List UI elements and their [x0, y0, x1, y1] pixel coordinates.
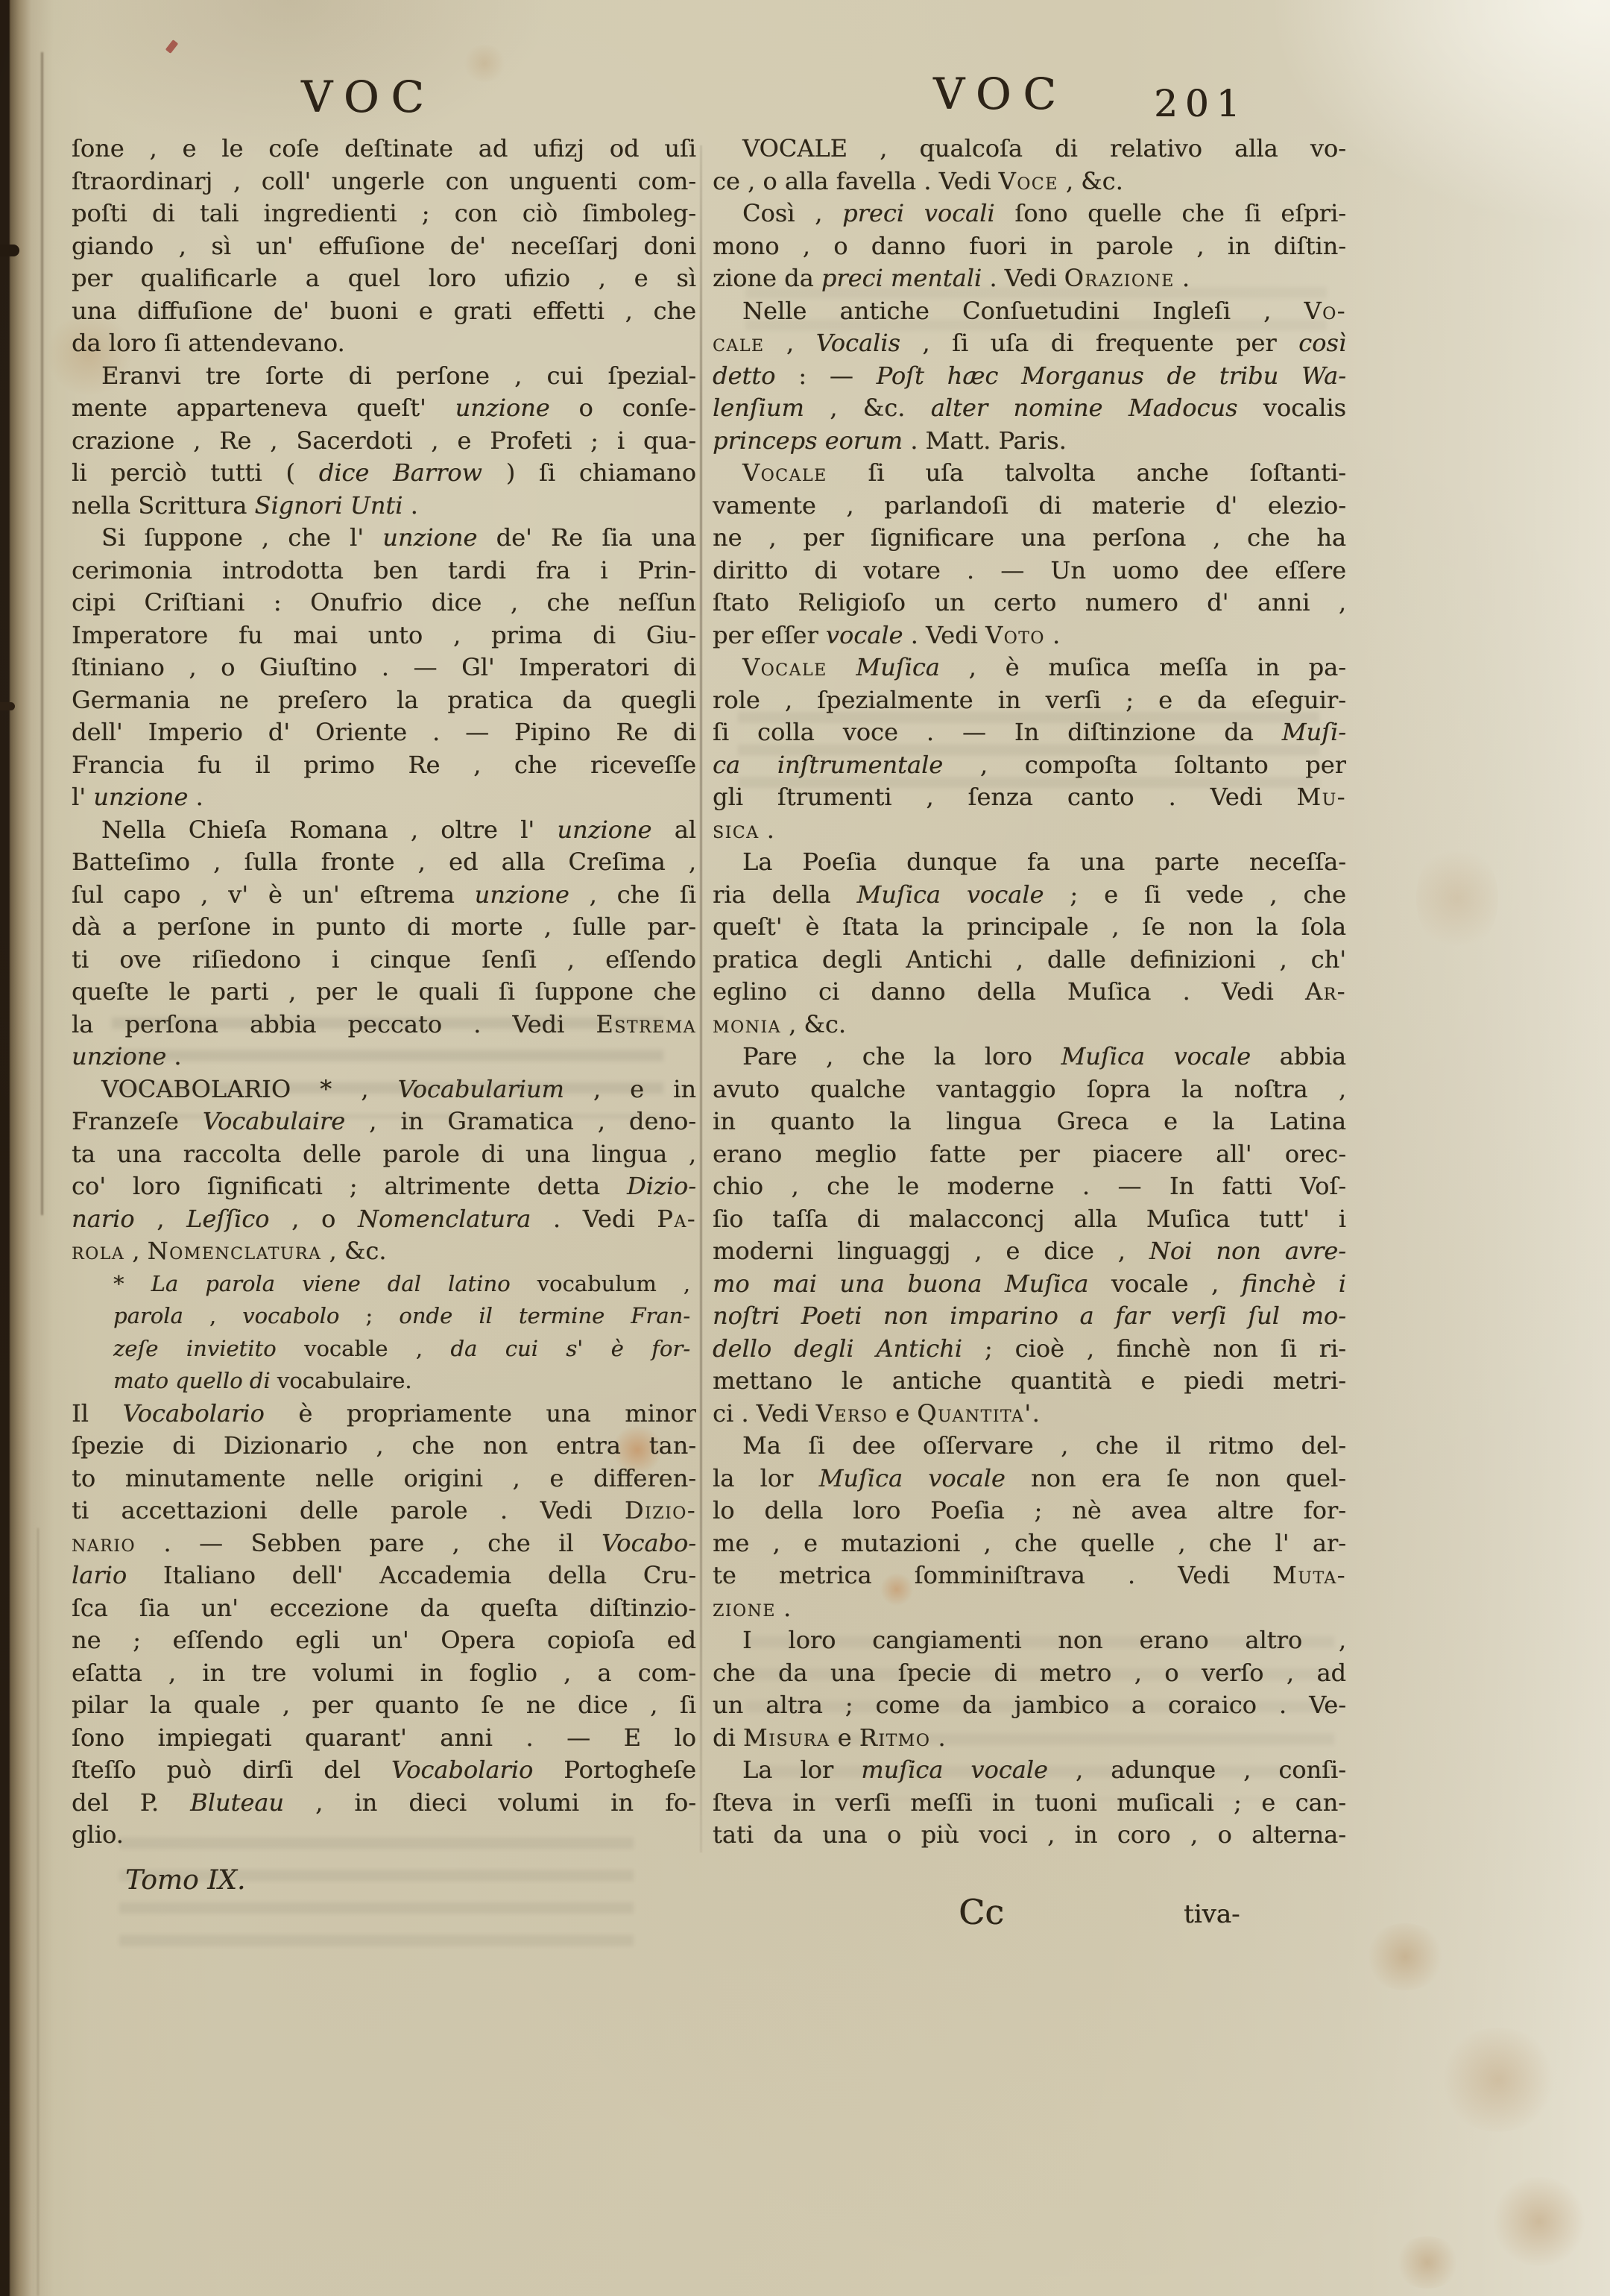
text-line: Vocale Muſica , è muſica meſſa in pa- — [713, 652, 1346, 684]
text-segment: * — [113, 1271, 151, 1296]
text-segment: pilar la quale , per quanto ſe ne dice ,… — [72, 1691, 696, 1719]
text-segment: lo della loro Poeſia ; nè avea altre for… — [713, 1496, 1346, 1524]
text-segment: unzione — [93, 783, 188, 811]
text-segment: , compoſta ſoltanto per — [943, 751, 1346, 779]
text-line: * La parola viene dal latino vocabulum , — [72, 1268, 696, 1301]
text-segment: . Vedi — [531, 1205, 657, 1233]
text-segment: unzione — [557, 816, 651, 844]
text-segment: ne ; eſſendo egli un' Opera copioſa ed — [72, 1626, 696, 1654]
text-line: ne ; eſſendo egli un' Opera copioſa ed — [72, 1624, 696, 1657]
binding-edge-mark — [0, 245, 19, 256]
text-segment: . — [166, 1042, 181, 1070]
text-line: cale , Vocalis , ſi uſa di frequente per… — [713, 327, 1346, 360]
text-segment: da cui s' è for- — [450, 1336, 690, 1361]
text-line: me , e mutazioni , che quelle , che l' a… — [713, 1527, 1346, 1560]
text-segment: o conſe- — [550, 394, 696, 422]
text-segment: ſpezie di Dizionario , che non entra tan… — [72, 1431, 696, 1460]
text-segment: . — Sebben pare , che il — [136, 1529, 602, 1557]
text-segment: zeſe invietito — [113, 1336, 277, 1361]
text-segment: co' loro ſignificati ; altrimente detta — [72, 1172, 627, 1200]
text-segment: Signori Unti — [255, 491, 403, 520]
text-segment: Muſica vocale — [819, 1464, 1006, 1492]
text-segment: cipi Criſtiani : Onufrio dice , che neſſ… — [72, 588, 696, 616]
text-segment: Ar- — [1305, 977, 1346, 1006]
text-segment: , è muſica meſſa in pa- — [940, 653, 1346, 681]
text-segment: detto — [713, 362, 775, 390]
text-segment: zione da — [713, 264, 821, 292]
running-header-left: VOC — [301, 72, 436, 122]
text-segment: , in dieci volumi in fo- — [284, 1788, 696, 1817]
text-segment: ſteſſo può dirſi del — [72, 1756, 391, 1784]
text-segment: diritto di votare . — Un uomo dee eſſere — [713, 556, 1346, 584]
text-segment: li perciò tutti ( — [72, 458, 319, 487]
text-segment: unzione — [72, 1042, 166, 1070]
tomo-volume-line: Tomo IX. — [125, 1865, 245, 1896]
foxing-stain — [1394, 2236, 1461, 2289]
text-segment: Bluteau — [190, 1788, 284, 1817]
text-line: crazione , Re , Sacerdoti , e Profeti ; … — [72, 425, 696, 458]
text-segment: Nomenclatura — [358, 1205, 531, 1233]
text-line: I loro cangiamenti non erano altro , — [713, 1624, 1346, 1657]
text-segment: , — [764, 329, 815, 357]
text-segment: chio , che le moderne . — In fatti Voſ- — [713, 1172, 1346, 1200]
text-segment: di — [713, 1723, 743, 1752]
text-line: Eranvi tre ſorte di perſone , cui ſpezia… — [72, 360, 696, 393]
text-segment: da loro ſi attendevano. — [72, 329, 345, 357]
text-segment: VOCALE , qualcoſa di relativo alla vo- — [742, 134, 1346, 163]
text-line: ti ove riſiedono i cinque ſenſi , eſſend… — [72, 944, 696, 977]
text-line: co' loro ſignificati ; altrimente detta … — [72, 1170, 696, 1203]
text-line: ſio taſſa di malacconcj alla Muſica tutt… — [713, 1203, 1346, 1236]
text-segment: mettano le antiche quantità e piedi metr… — [713, 1366, 1346, 1395]
text-line: Franzeſe Vocabulaire , in Gramatica , de… — [72, 1106, 696, 1138]
text-segment: cerimonia introdotta ben tardi fra i Pri… — [72, 556, 696, 584]
text-line: dello degli Antichi ; cioè , finchè non … — [713, 1333, 1346, 1366]
text-segment: giando , sì un' effuſione de' neceſſarj … — [72, 232, 696, 260]
text-line: Vocale ſi uſa talvolta anche ſoſtanti- — [713, 457, 1346, 490]
text-segment: moderni linguaggj , e dice , — [713, 1237, 1149, 1265]
text-segment: ſone , e le coſe deſtinate ad ufizj od u… — [72, 134, 696, 163]
text-segment: ſtraordinarj , coll' ungerle con unguent… — [72, 167, 696, 195]
text-segment: , che ſi — [569, 880, 696, 909]
text-segment: muſica vocale — [861, 1756, 1048, 1784]
text-segment: Vo- — [1304, 297, 1346, 325]
text-line: ria della Muſica vocale ; e ſi vede , ch… — [713, 879, 1346, 912]
text-segment: , — [124, 1237, 148, 1265]
text-segment: ſono impiegati quarant' anni . — E lo — [72, 1723, 696, 1752]
text-segment: : — — [775, 362, 876, 390]
text-segment: non era ſe non quel- — [1006, 1464, 1346, 1492]
text-segment: Vocabularium — [397, 1075, 563, 1103]
text-segment: ; — [339, 1303, 399, 1328]
text-segment: Vocale — [742, 458, 827, 487]
red-ink-speck — [165, 40, 179, 54]
text-line: Nella Chieſa Romana , oltre l' unzione a… — [72, 814, 696, 847]
text-line: VOCABOLARIO * , Vocabularium , e in — [72, 1073, 696, 1106]
text-segment: la perſona abbia peccato . Vedi — [72, 1010, 596, 1038]
text-segment: onde il termine Fran- — [399, 1303, 690, 1328]
page-number: 201 — [1154, 82, 1247, 125]
foxing-stain — [462, 45, 507, 82]
text-segment: che da una ſpecie di metro , o verſo , a… — [713, 1659, 1346, 1687]
text-segment: eglino ci danno della Muſica . Vedi — [713, 977, 1305, 1006]
text-line: ſono impiegati quarant' anni . — E lo — [72, 1722, 696, 1755]
text-line: mato quello di vocabulaire. — [72, 1365, 696, 1398]
text-line: che da una ſpecie di metro , o verſo , a… — [713, 1657, 1346, 1690]
text-line: per eſſer vocale . Vedi Voto . — [713, 619, 1346, 652]
text-segment: poſti di tali ingredienti ; con ciò ſimb… — [72, 199, 696, 227]
text-segment: ne , per ſignificare una perſona , che h… — [713, 523, 1346, 552]
text-segment: mente apparteneva queſt' — [72, 394, 455, 422]
text-line: dà a perſone in punto di morte , ſulle p… — [72, 911, 696, 944]
text-segment: me , e mutazioni , che quelle , che l' a… — [713, 1529, 1346, 1557]
text-segment: ta una raccolta delle parole di una ling… — [72, 1140, 696, 1168]
text-line: avuto qualche vantaggio ſopra la noſtra … — [713, 1073, 1346, 1106]
text-segment: nario — [72, 1205, 134, 1233]
text-segment: lario — [72, 1561, 127, 1589]
text-line: ne , per ſignificare una perſona , che h… — [713, 522, 1346, 555]
text-segment: Batteſimo , ſulla fronte , ed alla Creſi… — [72, 848, 696, 876]
text-segment: . — [188, 783, 203, 811]
paper-crease-line — [37, 1528, 39, 2296]
text-line: tati da una o più voci , in coro , o alt… — [713, 1819, 1346, 1852]
text-segment: I loro cangiamenti non erano altro , — [742, 1626, 1346, 1654]
text-segment: ſtiniano , o Giuſtino . — Gl' Imperatori… — [72, 653, 696, 681]
text-segment: Muſica vocale — [1061, 1042, 1251, 1070]
text-segment: e — [830, 1723, 859, 1752]
text-line: glio. — [72, 1819, 696, 1852]
text-segment: , in Gramatica , deno- — [345, 1107, 696, 1135]
text-segment: Eranvi tre ſorte di perſone , cui ſpezia… — [101, 362, 696, 390]
text-line: Il Vocabolario è propriamente una minor — [72, 1398, 696, 1431]
text-segment: Muta- — [1272, 1561, 1346, 1589]
text-line: chio , che le moderne . — In fatti Voſ- — [713, 1170, 1346, 1203]
text-segment: Italiano dell' Accademia della Cru- — [127, 1561, 696, 1589]
text-segment: ria della — [713, 880, 856, 909]
text-segment: , &c. — [1058, 167, 1123, 195]
text-line: queſte le parti , per le quali ſi ſuppon… — [72, 976, 696, 1009]
text-segment: ; cioè , finchè non ſi ri- — [962, 1334, 1346, 1363]
text-segment: Verso — [816, 1399, 888, 1428]
text-segment: ſtato Religioſo un certo numero d' anni … — [713, 588, 1346, 616]
text-line: unzione . — [72, 1041, 696, 1073]
text-segment: del P. — [72, 1788, 190, 1817]
text-segment: Misura — [743, 1723, 830, 1752]
text-segment: mo mai una buona Muſica — [713, 1270, 1088, 1298]
text-segment: vocable , — [277, 1336, 451, 1361]
text-segment: alter nomine Madocus — [931, 394, 1238, 422]
text-segment: Portogheſe — [533, 1756, 696, 1784]
text-segment: preci vocali — [842, 199, 994, 227]
text-segment: vocale , — [1088, 1270, 1241, 1298]
text-segment: ſca ſia un' eccezione da queſta diſtinzi… — [72, 1594, 696, 1622]
text-segment: per qualificarle a quel loro ufizio , e … — [72, 264, 696, 292]
text-line: te metrica ſomminiſtrava . Vedi Muta- — [713, 1559, 1346, 1592]
text-line: mettano le antiche quantità e piedi metr… — [713, 1365, 1346, 1398]
text-line: Imperatore fu mai unto , prima di Giu- — [72, 619, 696, 652]
text-line: la lor Muſica vocale non era ſe non quel… — [713, 1463, 1346, 1495]
text-segment: così — [1298, 329, 1346, 357]
text-segment: , &c. — [781, 1010, 846, 1038]
text-line: lenſium , &c. alter nomine Madocus vocal… — [713, 392, 1346, 425]
text-line: ca inſtrumentale , compoſta ſoltanto per — [713, 749, 1346, 782]
text-segment: Ma ſi dee oſſervare , che il ritmo del- — [742, 1431, 1346, 1460]
text-line: VOCALE , qualcoſa di relativo alla vo- — [713, 133, 1346, 165]
text-segment: . Matt. Paris. — [903, 426, 1067, 455]
text-line: ſtato Religioſo un certo numero d' anni … — [713, 587, 1346, 619]
text-line: pratica degli Antichi , dalle definizion… — [713, 944, 1346, 977]
text-segment: Leſſico — [186, 1205, 269, 1233]
text-line: Batteſimo , ſulla fronte , ed alla Creſi… — [72, 846, 696, 879]
text-line: da loro ſi attendevano. — [72, 327, 696, 360]
text-line: lario Italiano dell' Accademia della Cru… — [72, 1559, 696, 1592]
text-segment: abbia — [1251, 1042, 1346, 1070]
text-segment: nella Scrittura — [72, 491, 255, 520]
text-segment: , — [183, 1303, 242, 1328]
text-segment: ) ſi chiamano — [482, 458, 696, 487]
text-line: detto : — Poſt hæc Morganus de tribu Wa- — [713, 360, 1346, 393]
text-segment: queſt' è ſtata la principale , ſe non la… — [713, 912, 1346, 941]
text-segment: e — [888, 1399, 917, 1428]
text-segment: è propriamente una minor — [265, 1399, 696, 1428]
text-line: zione da preci mentali . Vedi Orazione . — [713, 262, 1346, 295]
binding-edge-mark — [0, 702, 15, 710]
text-line: Francia fu il primo Re , che riceveſſe — [72, 749, 696, 782]
text-segment: dell' Imperio d' Oriente . — Pipino Re d… — [72, 718, 696, 746]
text-segment: glio. — [72, 1820, 124, 1849]
text-segment: unzione — [475, 880, 569, 909]
text-segment: un altra ; come da jambico a coraico . V… — [713, 1691, 1346, 1719]
text-line: moderni linguaggj , e dice , Noi non avr… — [713, 1235, 1346, 1268]
text-segment: sica — [713, 816, 759, 844]
text-segment: Voce — [999, 167, 1058, 195]
text-segment: ſono quelle che ſi eſpri- — [995, 199, 1346, 227]
text-segment: ce , o alla favella . Vedi — [713, 167, 999, 195]
text-segment: Francia fu il primo Re , che riceveſſe — [72, 751, 696, 779]
text-segment: te metrica ſomminiſtrava . Vedi — [713, 1561, 1272, 1589]
text-segment: Vocalis — [816, 329, 900, 357]
text-line: giando , sì un' effuſione de' neceſſarj … — [72, 230, 696, 263]
ink-bleedthrough — [119, 1838, 634, 1957]
text-line: ſone , e le coſe deſtinate ad ufizj od u… — [72, 133, 696, 165]
foxing-stain — [1439, 2028, 1558, 2132]
text-segment: Vocabolario — [122, 1399, 264, 1428]
text-line: ſteſſo può dirſi del Vocabolario Portogh… — [72, 1754, 696, 1787]
text-segment: Pare , che la loro — [742, 1042, 1061, 1070]
column-gutter-rule — [700, 145, 702, 1852]
foxing-stain — [1364, 1923, 1446, 1990]
text-segment: . — [1175, 264, 1190, 292]
text-line: li perciò tutti ( dice Barrow ) ſi chiam… — [72, 457, 696, 490]
text-segment: dello degli Antichi — [713, 1334, 962, 1363]
text-segment: ſio taſſa di malacconcj alla Muſica tutt… — [713, 1205, 1346, 1233]
text-line: to minutamente nelle origini , e differe… — [72, 1463, 696, 1495]
text-segment: Muſi- — [1282, 718, 1346, 746]
text-segment: unzione — [455, 394, 550, 422]
text-segment: pratica degli Antichi , dalle definizion… — [713, 945, 1346, 974]
foxing-stain — [1491, 2177, 1588, 2266]
text-line: ſtraordinarj , coll' ungerle con unguent… — [72, 165, 696, 198]
text-line: mo mai una buona Muſica vocale , finchè … — [713, 1268, 1346, 1301]
text-segment: queſte le parti , per le quali ſi ſuppon… — [72, 977, 696, 1006]
signature-mark: Cc — [959, 1892, 1004, 1932]
foxing-stain — [1416, 842, 1498, 954]
text-segment: vocalis — [1237, 394, 1346, 422]
text-segment: princeps eorum — [713, 426, 903, 455]
text-segment: role , ſpezialmente in verſi ; e da eſeg… — [713, 686, 1346, 714]
text-segment: nario — [72, 1529, 136, 1557]
text-segment: VOCABOLARIO * , — [101, 1075, 397, 1103]
text-line: zeſe invietito vocable , da cui s' è for… — [72, 1333, 696, 1366]
text-segment: tati da una o più voci , in coro , o alt… — [713, 1820, 1346, 1849]
text-line: role , ſpezialmente in verſi ; e da eſeg… — [713, 684, 1346, 717]
text-segment: Muſica — [856, 653, 939, 681]
text-line: per qualificarle a quel loro ufizio , e … — [72, 262, 696, 295]
right-text-column: VOCALE , qualcoſa di relativo alla vo-ce… — [713, 133, 1346, 1852]
text-segment: ca inſtrumentale — [713, 751, 943, 779]
text-line: nario . — Sebben pare , che il Vocabo- — [72, 1527, 696, 1560]
text-line: di Misura e Ritmo . — [713, 1722, 1346, 1755]
text-segment: ti accettazioni delle parole . Vedi — [72, 1496, 625, 1524]
text-segment: Muſica vocale — [856, 880, 1044, 909]
text-segment: Quantita' — [917, 1399, 1032, 1428]
text-line: parola , vocabolo ; onde il termine Fran… — [72, 1300, 696, 1333]
text-line: gli ſtrumenti , ſenza canto . Vedi Mu- — [713, 781, 1346, 814]
text-segment: , — [134, 1205, 186, 1233]
text-segment: ci . Vedi — [713, 1399, 816, 1428]
text-segment: vocale — [826, 621, 903, 649]
text-line: monia , &c. — [713, 1009, 1346, 1041]
text-segment: La lor — [742, 1756, 861, 1784]
text-segment: , adunque , conſi- — [1048, 1756, 1346, 1784]
text-line: ſpezie di Dizionario , che non entra tan… — [72, 1430, 696, 1463]
text-segment: Vocabulaire — [203, 1107, 345, 1135]
text-line: ſi colla voce . — In diſtinzione da Muſi… — [713, 716, 1346, 749]
text-segment: . — [1032, 1399, 1040, 1428]
text-segment: vocabolo — [242, 1303, 339, 1328]
text-segment: Nella Chieſa Romana , oltre l' — [101, 816, 557, 844]
text-segment: . — [930, 1723, 945, 1752]
text-segment: una diffuſione de' buoni e grati effetti… — [72, 297, 696, 325]
text-segment: ſul capo , v' è un' eſtrema — [72, 880, 475, 909]
text-segment: . Vedi — [982, 264, 1064, 292]
text-segment: . — [776, 1594, 791, 1622]
text-segment: vocabulaire. — [271, 1368, 412, 1393]
text-segment: per eſſer — [713, 621, 826, 649]
book-page-scan: VOC VOC 201 ſone , e le coſe deſtinate a… — [0, 0, 1610, 2296]
text-line: zione . — [713, 1592, 1346, 1625]
text-segment: Poſt hæc Morganus de tribu Wa- — [877, 362, 1346, 390]
text-segment: avuto qualche vantaggio ſopra la noſtra … — [713, 1075, 1346, 1103]
text-segment: . — [402, 491, 417, 520]
text-line: rola , Nomenclatura , &c. — [72, 1235, 696, 1268]
left-text-column: ſone , e le coſe deſtinate ad ufizj od u… — [72, 133, 696, 1852]
text-segment: . — [1045, 621, 1060, 649]
text-segment: cale — [713, 329, 764, 357]
text-segment: rola — [72, 1237, 124, 1265]
text-line: eſatta , in tre volumi in foglio , a com… — [72, 1657, 696, 1690]
text-line: mente apparteneva queſt' unzione o conſe… — [72, 392, 696, 425]
text-segment: preci mentali — [821, 264, 982, 292]
text-segment: in quanto la lingua Greca e la Latina — [713, 1107, 1346, 1135]
text-segment: Germania ne preſero la pratica da quegli — [72, 686, 696, 714]
text-segment: Il — [72, 1399, 122, 1428]
text-line: queſt' è ſtata la principale , ſe non la… — [713, 911, 1346, 944]
text-line: La Poeſia dunque fa una parte neceſſa- — [713, 846, 1346, 879]
text-segment: Estrema — [596, 1010, 696, 1038]
text-line: Così , preci vocali ſono quelle che ſi e… — [713, 198, 1346, 230]
text-segment: la lor — [713, 1464, 819, 1492]
text-segment: Franzeſe — [72, 1107, 203, 1135]
text-segment: , ſi uſa di frequente per — [900, 329, 1298, 357]
text-segment: La Poeſia dunque fa una parte neceſſa- — [742, 848, 1346, 876]
text-line: ſca ſia un' eccezione da queſta diſtinzi… — [72, 1592, 696, 1625]
text-line: ce , o alla favella . Vedi Voce , &c. — [713, 165, 1346, 198]
text-segment: Mu- — [1296, 783, 1346, 811]
text-line: dell' Imperio d' Oriente . — Pipino Re d… — [72, 716, 696, 749]
catchword: tiva- — [1184, 1899, 1240, 1929]
text-segment — [827, 653, 856, 681]
text-segment: Voto — [985, 621, 1045, 649]
text-line: diritto di votare . — Un uomo dee eſſere — [713, 555, 1346, 587]
text-segment: ; e ſi vede , che — [1044, 880, 1346, 909]
text-segment: eſatta , in tre volumi in foglio , a com… — [72, 1659, 696, 1687]
text-segment: gli ſtrumenti , ſenza canto . Vedi — [713, 783, 1296, 811]
text-line: poſti di tali ingredienti ; con ciò ſimb… — [72, 198, 696, 230]
text-line: ti accettazioni delle parole . Vedi Dizi… — [72, 1495, 696, 1527]
text-line: ſteva in verſi meſſi in tuoni muſicali ;… — [713, 1787, 1346, 1820]
text-segment: to minutamente nelle origini , e differe… — [72, 1464, 696, 1492]
text-line: erano meglio fatte per piacere all' orec… — [713, 1138, 1346, 1171]
text-line: in quanto la lingua Greca e la Latina — [713, 1106, 1346, 1138]
text-segment: , e in — [564, 1075, 696, 1103]
text-line: cipi Criſtiani : Onufrio dice , che neſſ… — [72, 587, 696, 619]
text-segment: Si ſuppone , che l' — [101, 523, 382, 552]
text-line: Germania ne preſero la pratica da quegli — [72, 684, 696, 717]
text-line: nella Scrittura Signori Unti . — [72, 490, 696, 523]
text-segment: dà a perſone in punto di morte , ſulle p… — [72, 912, 696, 941]
text-segment: Orazione — [1064, 264, 1175, 292]
text-segment: ſi uſa talvolta anche ſoſtanti- — [827, 458, 1346, 487]
text-segment: parola — [113, 1303, 183, 1328]
text-segment: dice Barrow — [319, 458, 482, 487]
text-segment: mono , o danno fuori in parole , in diſt… — [713, 232, 1346, 260]
text-line: un altra ; come da jambico a coraico . V… — [713, 1689, 1346, 1722]
text-segment: Nelle antiche Conſuetudini Ingleſi , — [742, 297, 1304, 325]
text-segment: erano meglio fatte per piacere all' orec… — [713, 1140, 1346, 1168]
text-segment: Dizio- — [625, 1496, 696, 1524]
running-header-right: VOC — [933, 69, 1068, 119]
text-line: La lor muſica vocale , adunque , conſi- — [713, 1754, 1346, 1787]
text-segment: , &c. — [804, 394, 931, 422]
text-line: lo della loro Poeſia ; nè avea altre for… — [713, 1495, 1346, 1527]
text-line: vamente , parlandoſi di materie d' elezi… — [713, 490, 1346, 523]
text-line: la perſona abbia peccato . Vedi Estrema — [72, 1009, 696, 1041]
text-segment: noſtri Poeti non imparino a far verſi ſu… — [713, 1302, 1346, 1330]
text-segment: mato quello di — [113, 1368, 271, 1393]
text-segment: Nomenclatura — [148, 1237, 322, 1265]
text-line: una diffuſione de' buoni e grati effetti… — [72, 295, 696, 328]
text-segment: Così , — [742, 199, 842, 227]
text-line: ci . Vedi Verso e Quantita'. — [713, 1398, 1346, 1431]
text-segment: ſteva in verſi meſſi in tuoni muſicali ;… — [713, 1788, 1346, 1817]
text-segment: Imperatore fu mai unto , prima di Giu- — [72, 621, 696, 649]
text-segment: finchè i — [1242, 1270, 1346, 1298]
text-segment: Ritmo — [859, 1723, 931, 1752]
text-segment: l' — [72, 783, 93, 811]
text-segment: Noi non avre- — [1149, 1237, 1346, 1265]
text-line: ta una raccolta delle parole di una ling… — [72, 1138, 696, 1171]
